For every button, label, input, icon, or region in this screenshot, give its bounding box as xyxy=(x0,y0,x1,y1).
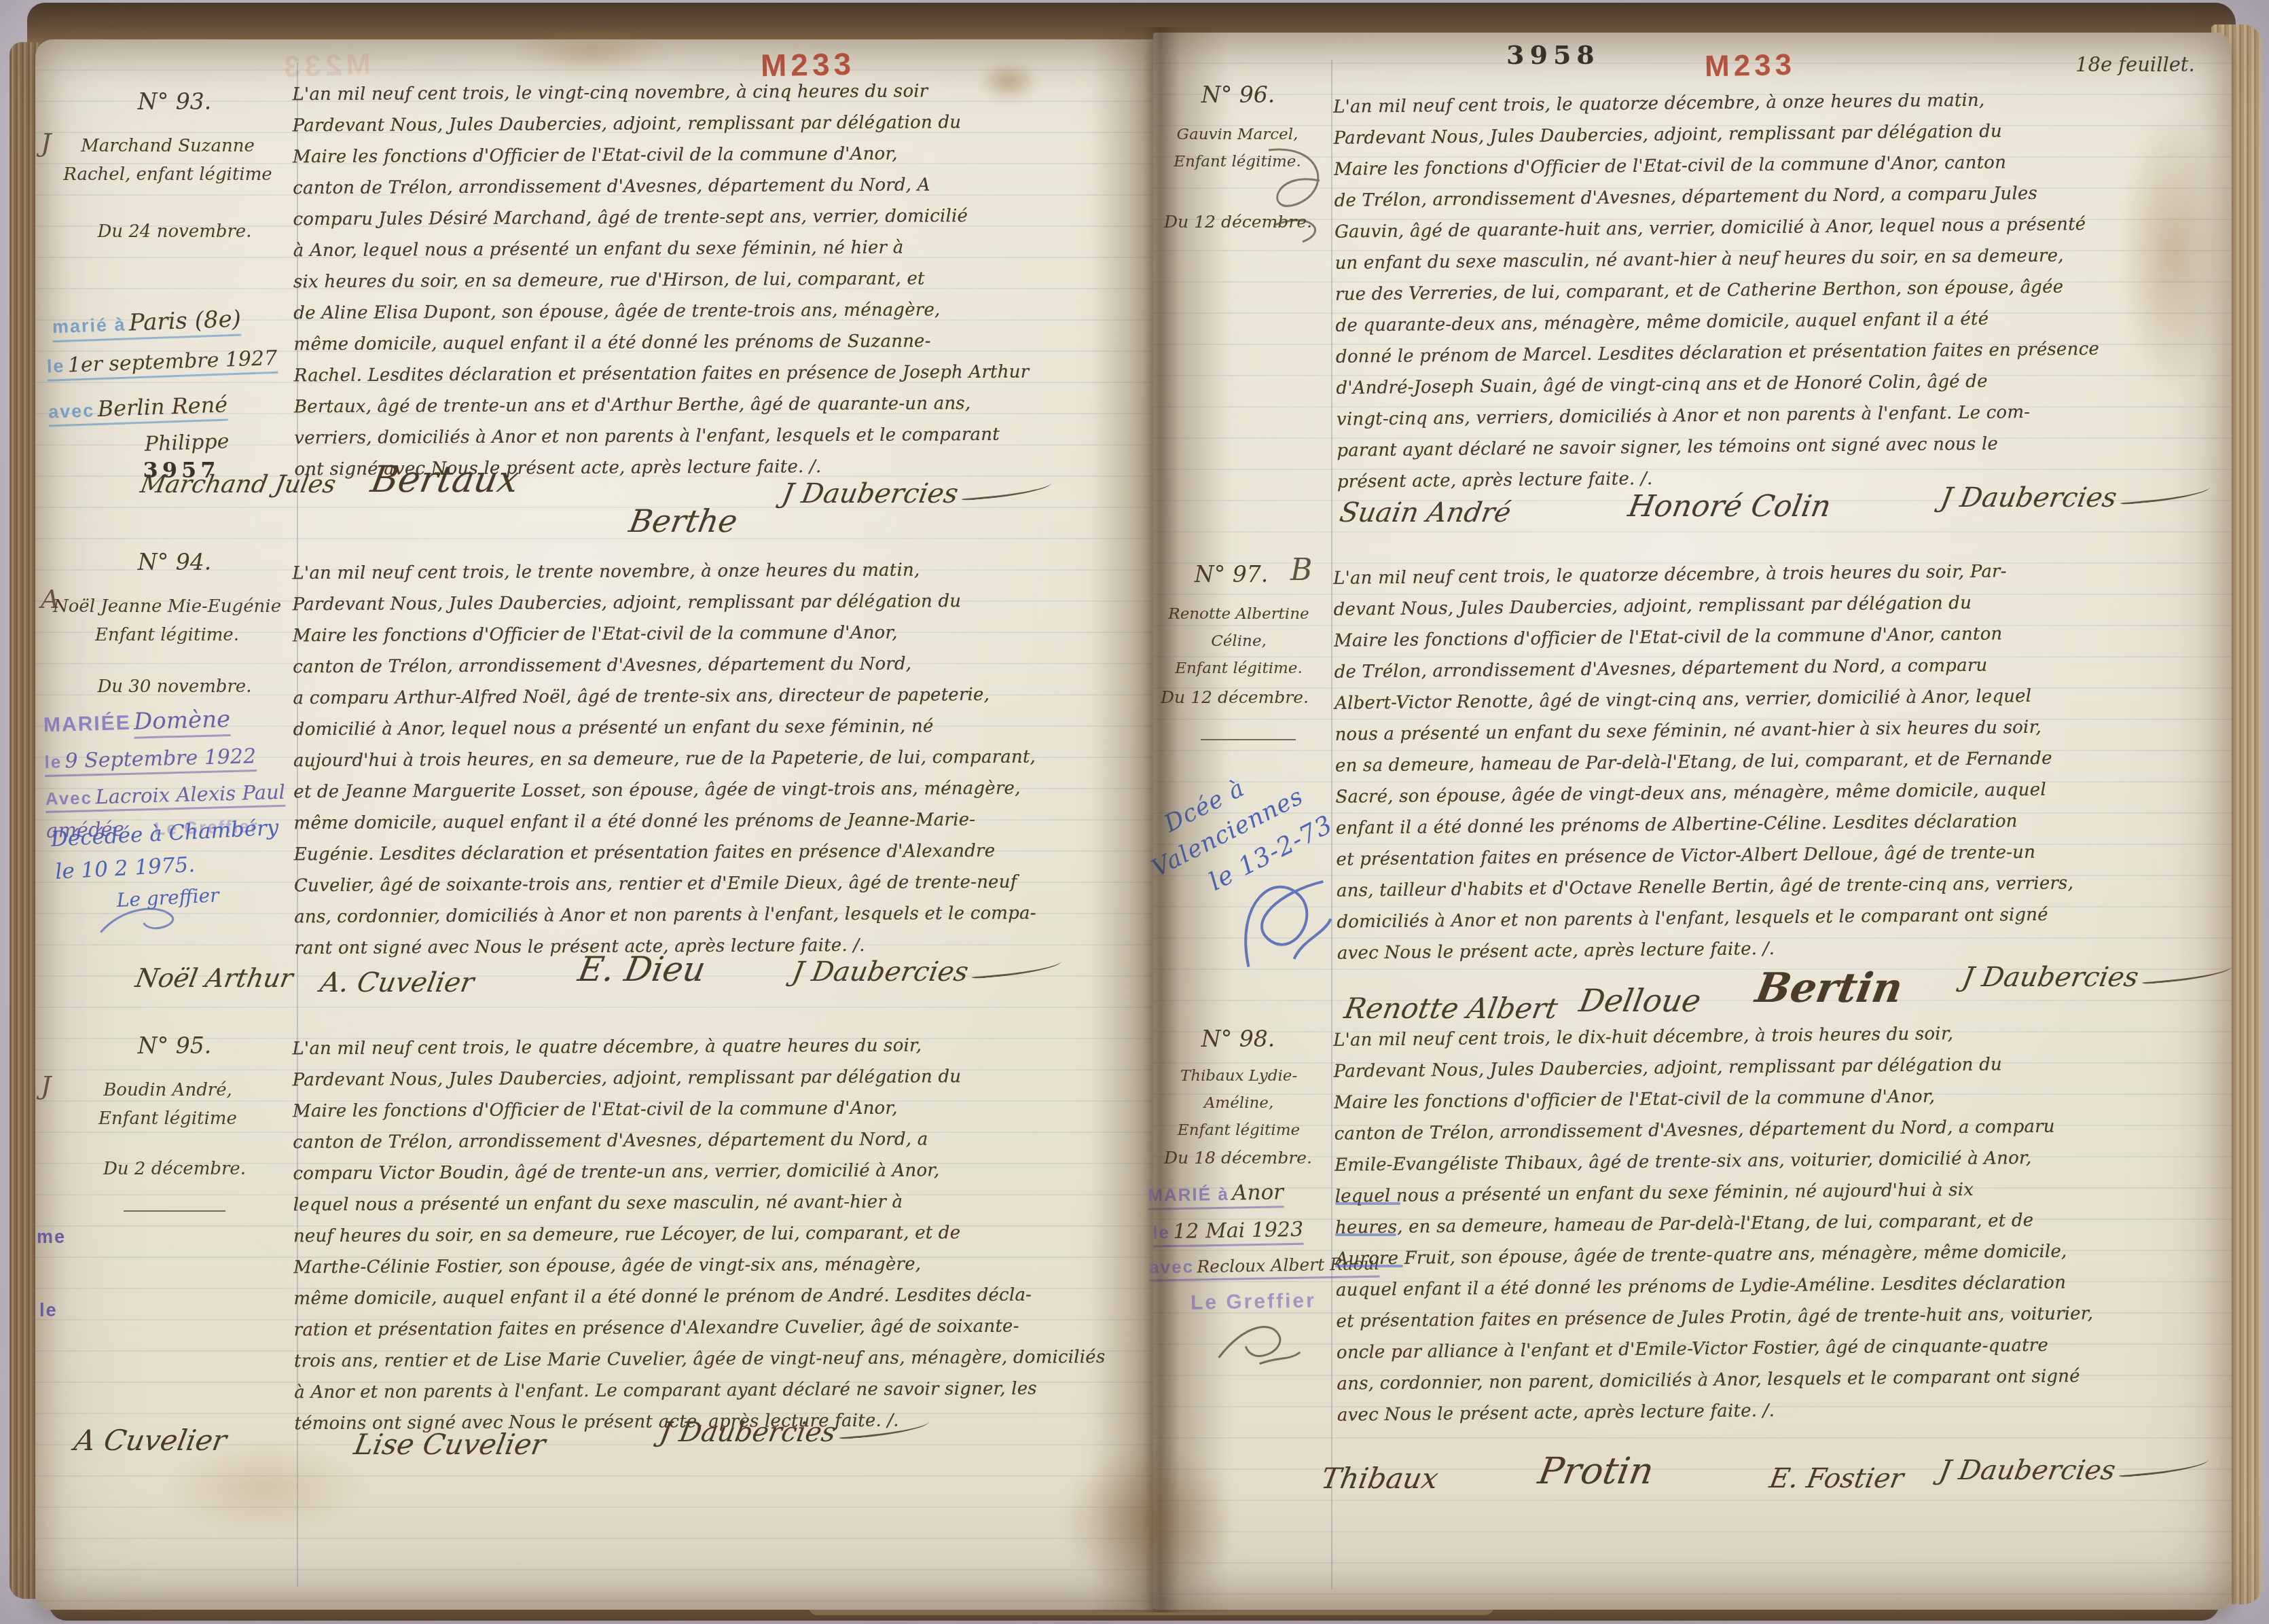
record-93-margin-name: Marchand Suzanne Rachel, enfant légitime xyxy=(49,132,287,189)
record-98-margin-name: Thibaux Lydie-Améline, Enfant légitime xyxy=(1148,1062,1330,1144)
record-94-signature: Noël Arthur xyxy=(133,963,295,993)
marriage-date: 1er septembre 1927 xyxy=(67,346,278,378)
record-97-signature: Bertin xyxy=(1752,964,1906,1012)
record-94-signature: E. Dieu xyxy=(575,950,708,989)
left-page: M233 M233 J N° 93. Marchand Suzanne Rach… xyxy=(35,39,1155,1610)
marriage-date: 9 Septembre 1922 xyxy=(65,744,256,773)
record-94-body: L'an mil neuf cent trois, le trente nove… xyxy=(292,554,1136,964)
record-97: N° 97. B Renotte Albertine Céline, Enfan… xyxy=(1153,557,2232,1032)
record-95-margin-rule xyxy=(124,1210,225,1212)
record-98: N° 98. Thibaux Lydie-Améline, Enfant lég… xyxy=(1153,1019,2232,1576)
record-94-death-annotation: Décédée à Chambéry le 10 2 1975. Le gref… xyxy=(50,814,314,936)
record-94: A N° 94. Noël Jeanne Mie-Eugénie Enfant … xyxy=(35,541,1155,1023)
record-97-margin-name: Renotte Albertine Céline, Enfant légitim… xyxy=(1148,600,1330,682)
record-96-signature-officer: J Daubercies xyxy=(1938,482,2211,513)
record-95: J N° 95. Boudin André, Enfant légitime D… xyxy=(35,1023,1155,1566)
record-98-number: N° 98. xyxy=(1153,1026,1323,1052)
edge-stamp-fragment: me xyxy=(37,1227,66,1248)
record-97-margin-rule xyxy=(1201,739,1296,740)
marriage-stamp-word: Avec xyxy=(45,787,92,809)
record-96: N° 96. Gauvin Marcel, Enfant légitime. D… xyxy=(1153,79,2232,554)
record-93-signature: Marchand Jules xyxy=(138,471,338,499)
record-97-signature: Delloue xyxy=(1576,982,1704,1019)
death-note-line: le 10 2 1975. xyxy=(55,852,196,884)
record-93: J N° 93. Marchand Suzanne Rachel, enfant… xyxy=(35,73,1155,576)
record-98-margin-date: Du 18 décembre. xyxy=(1153,1148,1323,1168)
record-94-margin-date: Du 30 novembre. xyxy=(62,676,287,697)
record-97-margin-date: Du 12 décembre. xyxy=(1153,687,1316,707)
record-95-signature: Lise Cuvelier xyxy=(352,1428,548,1461)
record-95-body: L'an mil neuf cent trois, le quatre déce… xyxy=(292,1029,1136,1439)
marriage-spouse: Lacroix Alexis Paul xyxy=(95,780,285,808)
record-95-margin-name: Boudin André, Enfant légitime xyxy=(49,1076,287,1133)
record-98-signature: E. Fostier xyxy=(1767,1463,1906,1494)
record-95-signature-officer: J Daubercies xyxy=(657,1417,930,1448)
record-97-body: L'an mil neuf cent trois, le quatorze dé… xyxy=(1333,554,2207,969)
record-98-body: L'an mil neuf cent trois, le dix-huit dé… xyxy=(1333,1015,2207,1430)
greffier-signature-flourish xyxy=(1211,1316,1307,1371)
marriage-stamp-word: avec xyxy=(1149,1257,1194,1278)
marriage-place: Domène xyxy=(134,706,231,739)
record-97-paraph: B xyxy=(1290,553,1312,588)
record-96-body: L'an mil neuf cent trois, le quatorze dé… xyxy=(1333,82,2207,497)
record-94-margin-name: Noël Jeanne Mie-Eugénie Enfant légitime. xyxy=(46,592,288,649)
marriage-stamp-word: le xyxy=(1152,1222,1170,1242)
record-95-signature: A Cuvelier xyxy=(72,1424,230,1457)
edge-stamp-fragment: le xyxy=(39,1300,58,1321)
marriage-date: 12 Mai 1923 xyxy=(1173,1218,1303,1244)
record-93-body: L'an mil neuf cent trois, le vingt-cinq … xyxy=(292,75,1136,485)
greffier-stamp: Le Greffier xyxy=(1191,1289,1316,1314)
record-98-signature: Protin xyxy=(1535,1449,1657,1492)
blue-underline-mark xyxy=(1335,1202,1400,1205)
record-97-signature-officer: J Daubercies xyxy=(1960,962,2233,993)
record-96-signature: Honoré Colin xyxy=(1626,489,1834,524)
record-98-marriage-annotation: MARIÉ à Anor le 12 Mai 1923 avec Recloux… xyxy=(1148,1178,1361,1345)
marriage-stamp-word: le xyxy=(46,356,65,377)
sheet-number-3958: 3958 xyxy=(1506,39,1600,70)
right-page: 3958 M233 18e feuillet. N° 96. Gauvin Ma… xyxy=(1153,33,2232,1610)
marriage-stamp-word: MARIÉE xyxy=(43,712,132,736)
blue-underline-mark xyxy=(1335,1233,1396,1236)
record-93-margin-date: Du 24 novembre. xyxy=(62,221,287,242)
record-98-signature-officer: J Daubercies xyxy=(1937,1455,2210,1486)
greffier-flourish xyxy=(95,899,205,939)
record-95-number: N° 95. xyxy=(62,1032,287,1059)
marriage-spouse-second-name: Philippe xyxy=(144,429,230,456)
record-96-signature: Suain André xyxy=(1337,497,1513,528)
marriage-stamp-word: le xyxy=(44,751,62,772)
record-93-signature-officer: J Daubercies xyxy=(780,478,1053,509)
record-94-signature-officer: J Daubercies xyxy=(790,956,1063,988)
marriage-stamp-word: avec xyxy=(48,400,95,422)
register-photo: M233 M233 J N° 93. Marchand Suzanne Rach… xyxy=(0,0,2269,1624)
record-96-number: N° 96. xyxy=(1153,82,1323,108)
record-94-signature: A. Cuvelier xyxy=(318,967,476,998)
marriage-stamp-word: MARIÉ à xyxy=(1148,1184,1229,1206)
record-93-marriage-annotation: marié à Paris (8e) le 1er septembre 1927… xyxy=(45,303,308,468)
marriage-spouse: Berlin René xyxy=(97,391,228,422)
blue-underline-mark xyxy=(1335,1265,1403,1267)
margin-flourish xyxy=(1255,143,1337,245)
folio-label: 18e feuillet. xyxy=(2075,53,2195,76)
record-97-number: N° 97. xyxy=(1153,561,1309,588)
record-93-signature: Bertaux xyxy=(367,458,522,501)
marriage-place: Paris (8e) xyxy=(128,306,242,337)
record-95-margin-date: Du 2 décembre. xyxy=(62,1159,287,1179)
marriage-place: Anor xyxy=(1232,1180,1284,1205)
record-94-number: N° 94. xyxy=(62,549,287,575)
record-93-number: N° 93. xyxy=(62,88,287,115)
record-93-signature: Berthe xyxy=(626,503,740,539)
marriage-stamp-word: marié à xyxy=(52,314,126,338)
record-98-signature: Thibaux xyxy=(1319,1462,1441,1495)
